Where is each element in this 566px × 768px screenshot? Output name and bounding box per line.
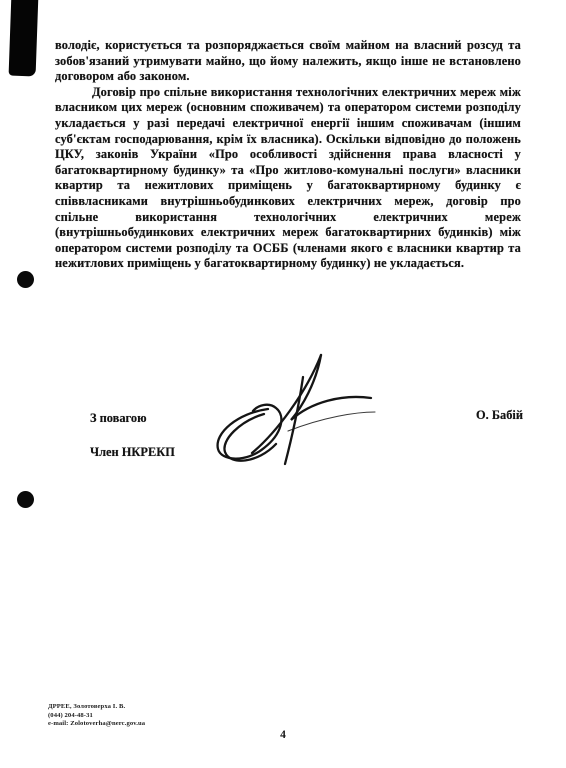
punch-hole-top: [17, 271, 34, 288]
signature-closing: З повагою: [90, 410, 175, 427]
signatory-name: О. Бабій: [476, 407, 523, 424]
footer-contact-person: ДРРЕЕ, Золотоверха І. В.: [48, 703, 145, 712]
footer-phone: (044) 204-48-31: [48, 712, 145, 721]
footer-contact-block: ДРРЕЕ, Золотоверха І. В. (044) 204-48-31…: [48, 703, 145, 729]
page-number: 4: [0, 729, 566, 741]
signature-closing-block: З повагою Член НКРЕКП: [90, 393, 175, 478]
letter-body: володіє, користується та розпоряджається…: [55, 38, 521, 272]
paragraph-joint-use-agreement: Договір про спільне використання техноло…: [55, 85, 521, 272]
signature-position: Член НКРЕКП: [90, 444, 175, 461]
handwritten-signature-scribble: [206, 351, 378, 467]
paragraph-ownership: володіє, користується та розпоряджається…: [55, 38, 521, 85]
scanned-letter-page: володіє, користується та розпоряджається…: [0, 0, 566, 768]
punch-hole-bottom: [17, 491, 34, 508]
footer-email: e-mail: Zolotoverha@nerc.gov.ua: [48, 720, 145, 729]
scan-artifact-corner: [9, 0, 39, 76]
